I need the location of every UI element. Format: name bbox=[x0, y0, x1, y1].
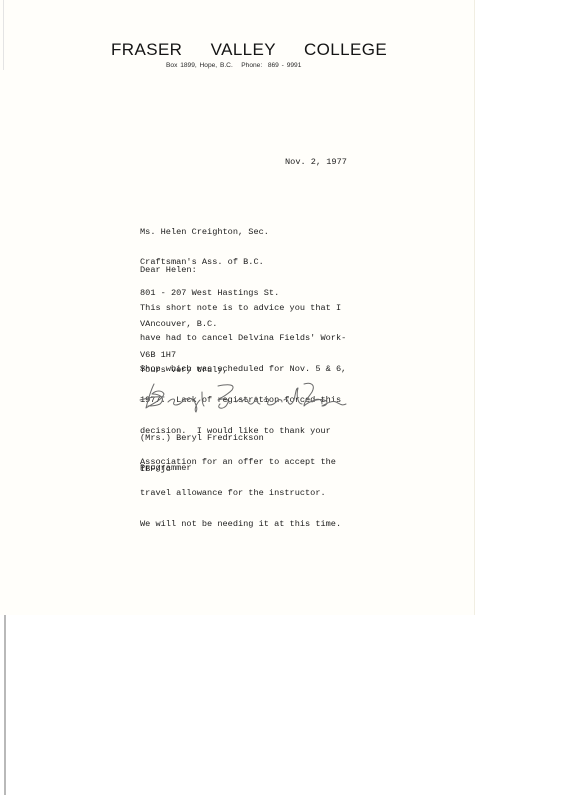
closing: Yours very truly, bbox=[140, 365, 228, 375]
body-line: We will not be needing it at this time. bbox=[140, 519, 346, 529]
signer-name: (Mrs.) Beryl Fredrickson bbox=[140, 433, 264, 443]
recipient-line: Ms. Helen Creighton, Sec. bbox=[140, 227, 279, 237]
letterhead-address: Box 1899, Hope, B.C. Phone: 869 - 9991 bbox=[166, 62, 301, 69]
letterhead-title: FRASER VALLEY COLLEGE bbox=[111, 40, 368, 60]
paper-edge bbox=[474, 0, 475, 615]
body-line: This short note is to advice you that I bbox=[140, 303, 346, 313]
salutation: Dear Helen: bbox=[140, 265, 197, 275]
letter-date: Nov. 2, 1977 bbox=[285, 157, 347, 167]
body-line: travel allowance for the instructor. bbox=[140, 488, 346, 498]
paper-edge-shadow bbox=[4, 615, 6, 795]
paper-edge-shadow-top bbox=[3, 0, 4, 70]
reference-initials: IBF/jc bbox=[140, 464, 171, 474]
handwritten-signature: Beryl Fredrickson bbox=[136, 378, 351, 414]
body-line: have had to cancel Delvina Fields' Work- bbox=[140, 333, 346, 343]
